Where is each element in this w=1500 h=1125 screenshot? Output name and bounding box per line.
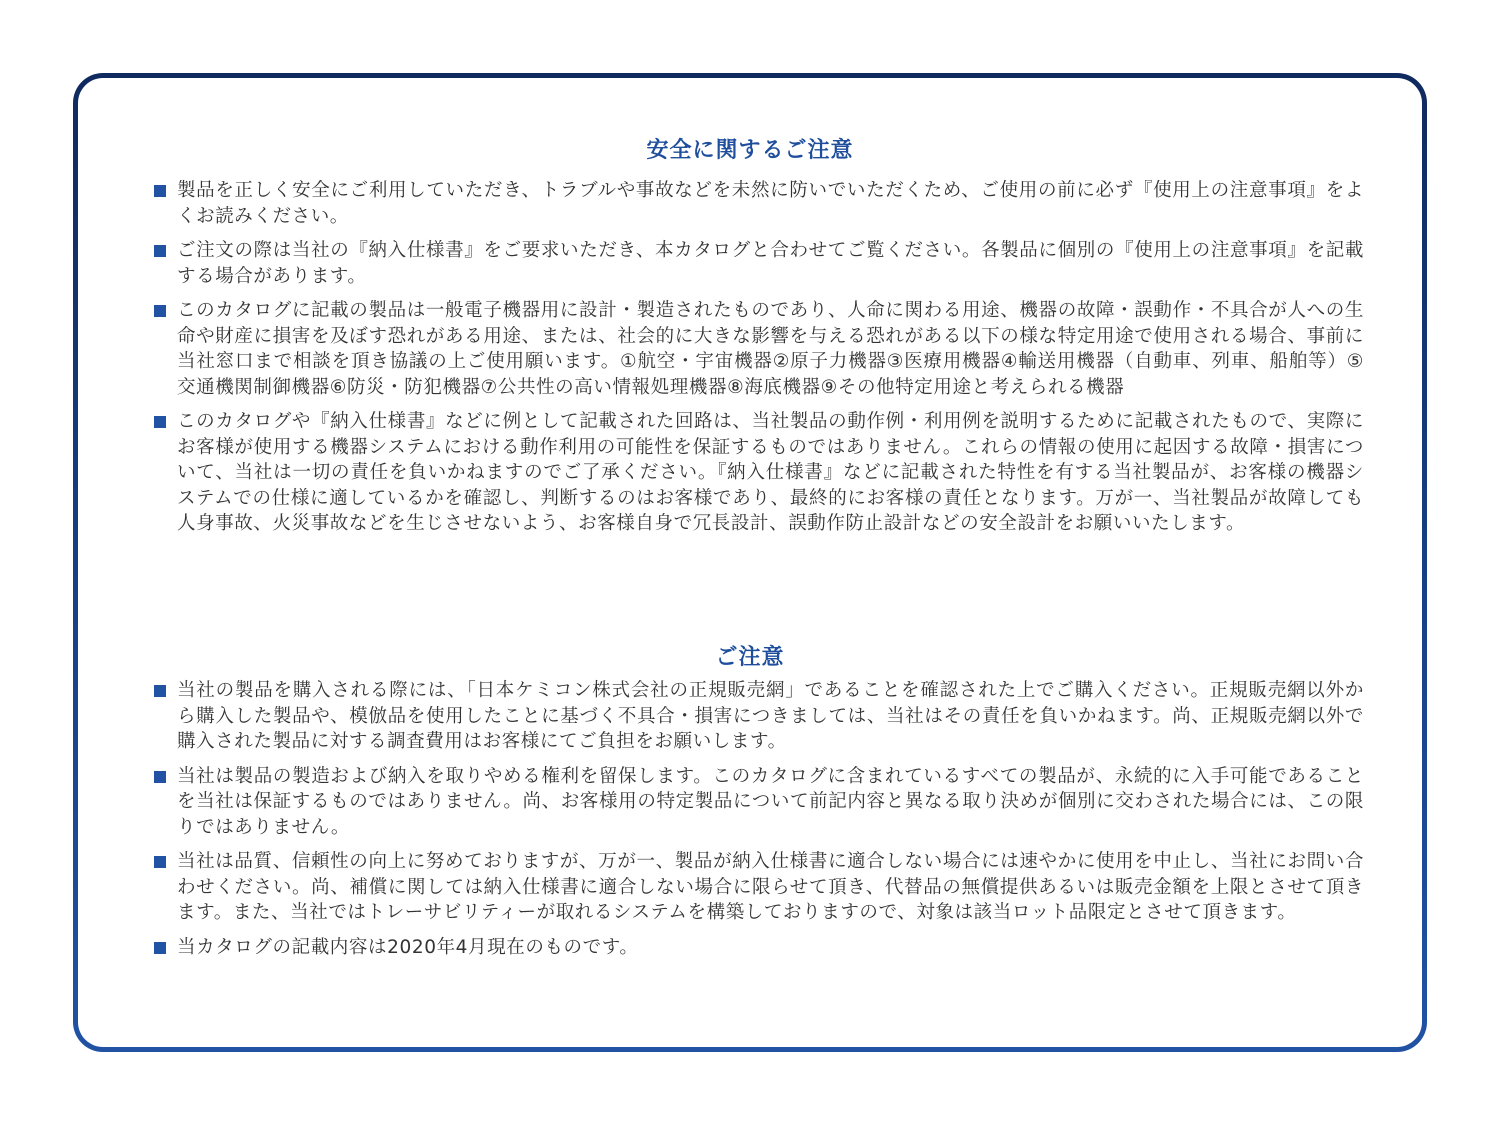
notice-item-text: 当カタログの記載内容は2020年4月現在のものです。 — [177, 937, 638, 958]
safety-item: このカタログに記載の製品は一般電子機器用に設計・製造されたものであり、人命に関わ… — [152, 298, 1364, 400]
square-bullet-icon — [154, 185, 166, 197]
notice-item: 当社の製品を購入される際には、「日本ケミコン株式会社の正規販売網」であることを確… — [152, 678, 1364, 755]
square-bullet-icon — [154, 771, 166, 783]
safety-item: このカタログや『納入仕様書』などに例として記載された回路は、当社製品の動作例・利… — [152, 409, 1364, 537]
notice-section-title: ご注意 — [78, 640, 1422, 671]
safety-list: 製品を正しく安全にご利用していただき、トラブルや事故などを未然に防いでいただくた… — [152, 178, 1364, 546]
square-bullet-icon — [154, 856, 166, 868]
square-bullet-icon — [154, 416, 166, 428]
square-bullet-icon — [154, 942, 166, 954]
notice-panel: 安全に関するご注意 製品を正しく安全にご利用していただき、トラブルや事故などを未… — [78, 78, 1422, 1047]
notice-item-text: 当社は製品の製造および納入を取りやめる権利を留保します。このカタログに含まれてい… — [177, 766, 1364, 838]
notice-frame: 安全に関するご注意 製品を正しく安全にご利用していただき、トラブルや事故などを未… — [73, 73, 1427, 1052]
notice-item: 当社は製品の製造および納入を取りやめる権利を留保します。このカタログに含まれてい… — [152, 764, 1364, 841]
notice-item-text: 当社は品質、信頼性の向上に努めておりますが、万が一、製品が納入仕様書に適合しない… — [177, 851, 1364, 923]
square-bullet-icon — [154, 685, 166, 697]
notice-list: 当社の製品を購入される際には、「日本ケミコン株式会社の正規販売網」であることを確… — [152, 678, 1364, 969]
safety-item-text: ご注文の際は当社の『納入仕様書』をご要求いただき、本カタログと合わせてご覧くださ… — [177, 240, 1364, 287]
notice-item: 当カタログの記載内容は2020年4月現在のものです。 — [152, 935, 1364, 961]
safety-section-title: 安全に関するご注意 — [78, 133, 1422, 164]
notice-item: 当社は品質、信頼性の向上に努めておりますが、万が一、製品が納入仕様書に適合しない… — [152, 849, 1364, 926]
square-bullet-icon — [154, 305, 166, 317]
safety-item-text: このカタログや『納入仕様書』などに例として記載された回路は、当社製品の動作例・利… — [177, 411, 1364, 534]
notice-item-text: 当社の製品を購入される際には、「日本ケミコン株式会社の正規販売網」であることを確… — [177, 680, 1364, 752]
safety-item: ご注文の際は当社の『納入仕様書』をご要求いただき、本カタログと合わせてご覧くださ… — [152, 238, 1364, 289]
safety-item-text: 製品を正しく安全にご利用していただき、トラブルや事故などを未然に防いでいただくた… — [177, 180, 1364, 227]
safety-item: 製品を正しく安全にご利用していただき、トラブルや事故などを未然に防いでいただくた… — [152, 178, 1364, 229]
safety-item-text: このカタログに記載の製品は一般電子機器用に設計・製造されたものであり、人命に関わ… — [177, 300, 1364, 398]
square-bullet-icon — [154, 245, 166, 257]
